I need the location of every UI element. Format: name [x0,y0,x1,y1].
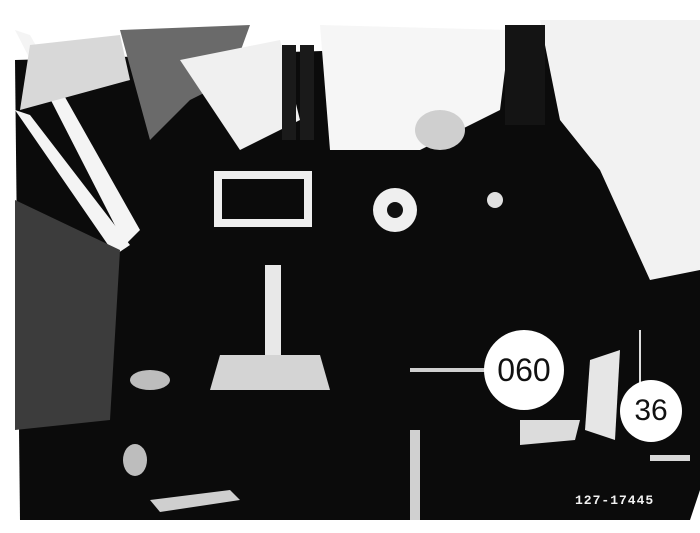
reference-number: 127-17445 [575,493,654,508]
callout-label-060: 060 [484,330,564,410]
callout-label-36: 36 [620,380,682,442]
engine-photo [0,0,700,533]
